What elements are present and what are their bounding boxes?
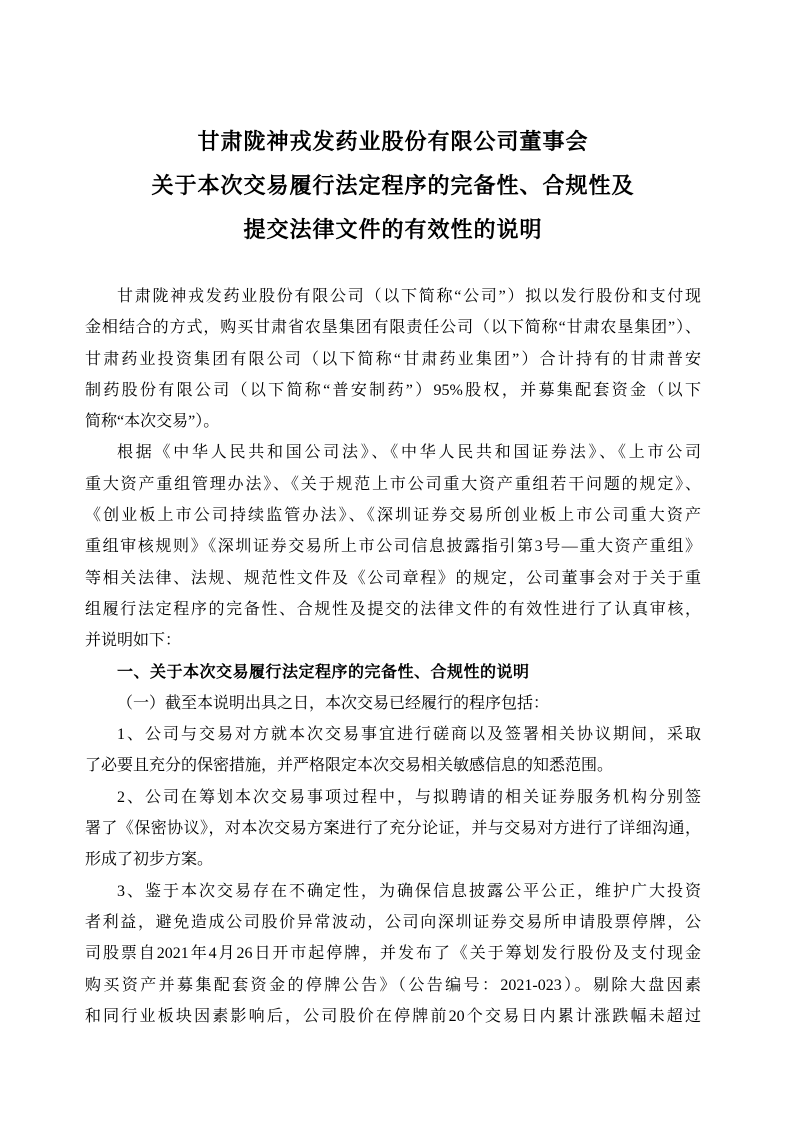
document-title-line-1: 甘肃陇神戎发药业股份有限公司董事会 [85, 120, 701, 164]
text-line: 组履行法定程序的完备性、合规性及提交的法律文件的有效性进行了认真审核， [85, 594, 701, 625]
text-line: 形成了初步方案。 [85, 844, 701, 875]
text-line: 3、鉴于本次交易存在不确定性，为确保信息披露公平公正，维护广大投资 [85, 876, 701, 907]
text-line: 一、关于本次交易履行法定程序的完备性、合规性的说明 [85, 657, 701, 688]
section-heading: 一、关于本次交易履行法定程序的完备性、合规性的说明 [85, 657, 701, 688]
document-title: 甘肃陇神戎发药业股份有限公司董事会 关于本次交易履行法定程序的完备性、合规性及 … [85, 0, 701, 252]
text-line: 甘肃陇神戎发药业股份有限公司（以下简称“公司”）拟以发行股份和支付现 [85, 281, 701, 312]
text-line: 1、公司与交易对方就本次交易事宜进行磋商以及签署相关协议期间，采取 [85, 719, 701, 750]
document-body: 甘肃陇神戎发药业股份有限公司（以下简称“公司”）拟以发行股份和支付现金相结合的方… [85, 281, 701, 1032]
text-line: 重大资产重组管理办法》、《关于规范上市公司重大资产重组若干问题的规定》、 [85, 469, 701, 500]
text-line: 《创业板上市公司持续监管办法》、《深圳证券交易所创业板上市公司重大资产 [85, 500, 701, 531]
document-title-line-2: 关于本次交易履行法定程序的完备性、合规性及 [85, 164, 701, 208]
text-line: 司股票自2021年4月26日开市起停牌，并发布了《关于筹划发行股份及支付现金 [85, 938, 701, 969]
paragraph: 1、公司与交易对方就本次交易事宜进行磋商以及签署相关协议期间，采取了必要且充分的… [85, 719, 701, 782]
text-line: 署了《保密协议》，对本次交易方案进行了充分论证，并与交易对方进行了详细沟通， [85, 813, 701, 844]
text-line: （一）截至本说明出具之日，本次交易已经履行的程序包括： [85, 688, 701, 719]
text-line: 了必要且充分的保密措施，并严格限定本次交易相关敏感信息的知悉范围。 [85, 750, 701, 781]
paragraph: （一）截至本说明出具之日，本次交易已经履行的程序包括： [85, 688, 701, 719]
paragraph: 3、鉴于本次交易存在不确定性，为确保信息披露公平公正，维护广大投资者利益，避免造… [85, 876, 701, 1032]
document-page: 甘肃陇神戎发药业股份有限公司董事会 关于本次交易履行法定程序的完备性、合规性及 … [0, 0, 793, 1122]
paragraph: 甘肃陇神戎发药业股份有限公司（以下简称“公司”）拟以发行股份和支付现金相结合的方… [85, 281, 701, 437]
text-line: 简称“本次交易”）。 [85, 406, 701, 437]
paragraph: 2、公司在筹划本次交易事项过程中，与拟聘请的相关证券服务机构分别签署了《保密协议… [85, 782, 701, 876]
text-line: 并说明如下： [85, 625, 701, 656]
text-line: 购买资产并募集配套资金的停牌公告》（公告编号：2021-023）。剔除大盘因素 [85, 970, 701, 1001]
document-content: 甘肃陇神戎发药业股份有限公司董事会 关于本次交易履行法定程序的完备性、合规性及 … [85, 0, 701, 1032]
text-line: 和同行业板块因素影响后，公司股价在停牌前20个交易日内累计涨跌幅未超过 [85, 1001, 701, 1032]
text-line: 甘肃药业投资集团有限公司（以下简称“甘肃药业集团”）合计持有的甘肃普安 [85, 344, 701, 375]
text-line: 制药股份有限公司（以下简称“普安制药”）95%股权，并募集配套资金（以下 [85, 375, 701, 406]
document-title-line-3: 提交法律文件的有效性的说明 [85, 208, 701, 252]
text-line: 2、公司在筹划本次交易事项过程中，与拟聘请的相关证券服务机构分别签 [85, 782, 701, 813]
text-line: 者利益，避免造成公司股价异常波动，公司向深圳证券交易所申请股票停牌，公 [85, 907, 701, 938]
text-line: 金相结合的方式，购买甘肃省农垦集团有限责任公司（以下简称“甘肃农垦集团”）、 [85, 312, 701, 343]
text-line: 根据《中华人民共和国公司法》、《中华人民共和国证券法》、《上市公司 [85, 437, 701, 468]
text-line: 重组审核规则》《深圳证券交易所上市公司信息披露指引第3号—重大资产重组》 [85, 531, 701, 562]
text-line: 等相关法律、法规、规范性文件及《公司章程》的规定，公司董事会对于关于重 [85, 563, 701, 594]
paragraph: 根据《中华人民共和国公司法》、《中华人民共和国证券法》、《上市公司重大资产重组管… [85, 437, 701, 656]
